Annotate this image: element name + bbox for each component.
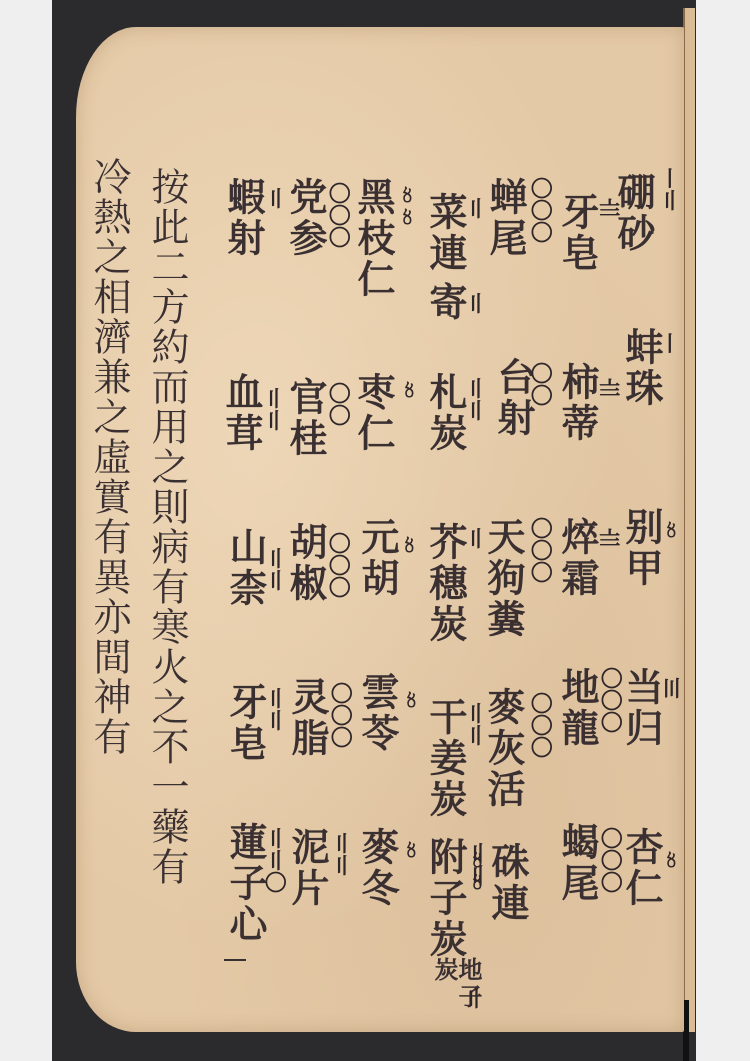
dose-mark: 〢 [262, 187, 286, 209]
herb-name: 胡椒 [283, 522, 328, 604]
dose-mark: 〇〇〇 [528, 517, 552, 583]
herb-name: 地龍 [555, 667, 600, 749]
herb-name: 官桂 [283, 377, 328, 459]
herb-entry: 焠霜 [558, 517, 596, 599]
herb-name: 党参 [283, 177, 328, 259]
herb-name: 黑枝仁 [351, 177, 396, 300]
herb-entry: 蝉尾 [486, 177, 524, 259]
dose-mark: 〥 [658, 847, 682, 869]
herb-entry: 别甲 [622, 507, 660, 589]
dose-mark: 〣 [658, 677, 682, 699]
dose-mark: 〢 [462, 197, 486, 219]
herb-name: 柿蒂 [555, 362, 600, 444]
herb-entry: 杏仁 [622, 827, 660, 909]
herb-entry: 天狗糞 [484, 517, 522, 640]
dose-mark: 〇〇〇 [328, 682, 352, 748]
herb-entry: 芥穗炭 [426, 522, 464, 645]
dose-mark: 〥〥 [394, 182, 418, 226]
herb-entry: 蝦射 [224, 177, 262, 259]
dose-mark: 〥 [658, 517, 682, 539]
commentary-line-2: 冷熱之相濟兼之虛實有異亦間神有 [90, 157, 128, 987]
dose-mark: 〢〢 [464, 842, 488, 886]
dose-mark: 〡〢 [656, 167, 680, 211]
herb-entry: 附子炭 [426, 837, 464, 960]
herb-name: 牙皂 [555, 192, 600, 274]
manuscript-page: 硼砂 〡〢 蚌珠 〡 别甲 〥 当归 〣 杏仁 〥 牙皂 〨 柿蒂 〨 焠霜 〨… [76, 27, 684, 1032]
herb-name: 灵脂 [285, 677, 330, 759]
dose-mark: 〢 [462, 292, 486, 314]
herb-name: 雲苓 [355, 672, 400, 754]
herb-name: 枣仁 [351, 372, 396, 454]
herb-entry: 枣仁 [354, 372, 392, 454]
herb-entry: 胡椒 [286, 522, 324, 604]
herb-name: 蝉尾 [483, 177, 528, 259]
dose-mark: 〥 [396, 532, 420, 554]
herb-entry: 蓮子心 [226, 822, 264, 945]
dose-mark: 〇〇〇 [528, 692, 552, 758]
herb-entry: 麥灰活 [484, 687, 522, 810]
dose-mark: 〨 [596, 197, 620, 219]
herb-name: 天狗糞 [481, 517, 526, 640]
herb-entry: 地龍 [558, 667, 596, 749]
herb-entry: 干姜炭 [426, 697, 464, 820]
herb-entry: 泥片 [288, 827, 326, 909]
herb-name: 血茸 [219, 372, 264, 454]
dose-mark: 〇〇〇 [528, 177, 552, 243]
herb-name: 焠霜 [555, 517, 600, 599]
dose-mark: 〇〇 [528, 362, 552, 406]
herb-entry: 当归 [622, 667, 660, 749]
commentary-line-1: 按此二方約而用之則病有寒火之不一藥有 [148, 167, 186, 987]
herb-entry: 血茸 [222, 372, 260, 454]
dose-mark: 〢 [462, 527, 486, 549]
dose-mark: 〇〇 [326, 382, 350, 426]
dose-mark: 〢〢 [262, 547, 286, 591]
herb-name: 蝦射 [221, 177, 266, 259]
herb-entry: 牙皂 [226, 682, 264, 764]
herb-name: 蝎尾 [555, 822, 600, 904]
dose-mark: 〢〢〇 [262, 827, 286, 893]
dose-mark: 〥 [398, 687, 422, 709]
herb-entry: 元胡 [358, 517, 396, 599]
dose-mark: 〇〇〇 [326, 532, 350, 598]
herb-entry: 寄 [426, 282, 464, 323]
dose-mark: 〇〇〇 [598, 667, 622, 733]
herb-entry: 官桂 [286, 377, 324, 459]
herb-entry: 黑枝仁 [354, 177, 392, 300]
dose-mark: 〢〢 [262, 687, 286, 731]
herb-entry: 硃連 [488, 842, 526, 924]
herb-name: 附子炭 [423, 837, 468, 960]
dose-mark: 〢〢 [462, 702, 486, 746]
herb-entry: 山柰 [226, 527, 264, 609]
dose-mark: 〇〇〇 [326, 182, 350, 248]
herb-name: 元胡 [355, 517, 400, 599]
dose-mark: 〇〇〇 [598, 827, 622, 893]
herb-name: 麥冬 [355, 827, 400, 909]
dose-mark: 〢〢 [462, 377, 486, 421]
dose-mark: 〢〢 [260, 387, 284, 431]
dose-mark: 〢〢 [328, 832, 352, 876]
binding-edge [683, 8, 695, 1032]
dose-mark: 〡 [656, 332, 680, 354]
herb-name: 硃連 [485, 842, 530, 924]
herb-entry: 菜連 [426, 192, 464, 274]
dose-mark: 〨 [596, 527, 620, 549]
herb-entry: 灵脂 [288, 677, 326, 759]
dose-mark: 〥 [396, 377, 420, 399]
herb-entry: 蝎尾 [558, 822, 596, 904]
dose-mark: 〢 [460, 987, 484, 1009]
herb-name: 麥灰活 [481, 687, 526, 810]
dose-mark: 〨 [596, 377, 620, 399]
ink-mark [224, 959, 246, 961]
herb-entry: 柿蒂 [558, 362, 596, 444]
herb-name: 泥片 [285, 827, 330, 909]
herb-entry: 札炭 [426, 372, 464, 454]
herb-entry: 党参 [286, 177, 324, 259]
dose-mark: 〥 [398, 837, 422, 859]
herb-entry: 雲苓 [358, 672, 396, 754]
herb-entry: 麥冬 [358, 827, 396, 909]
herb-entry: 牙皂 [558, 192, 596, 274]
